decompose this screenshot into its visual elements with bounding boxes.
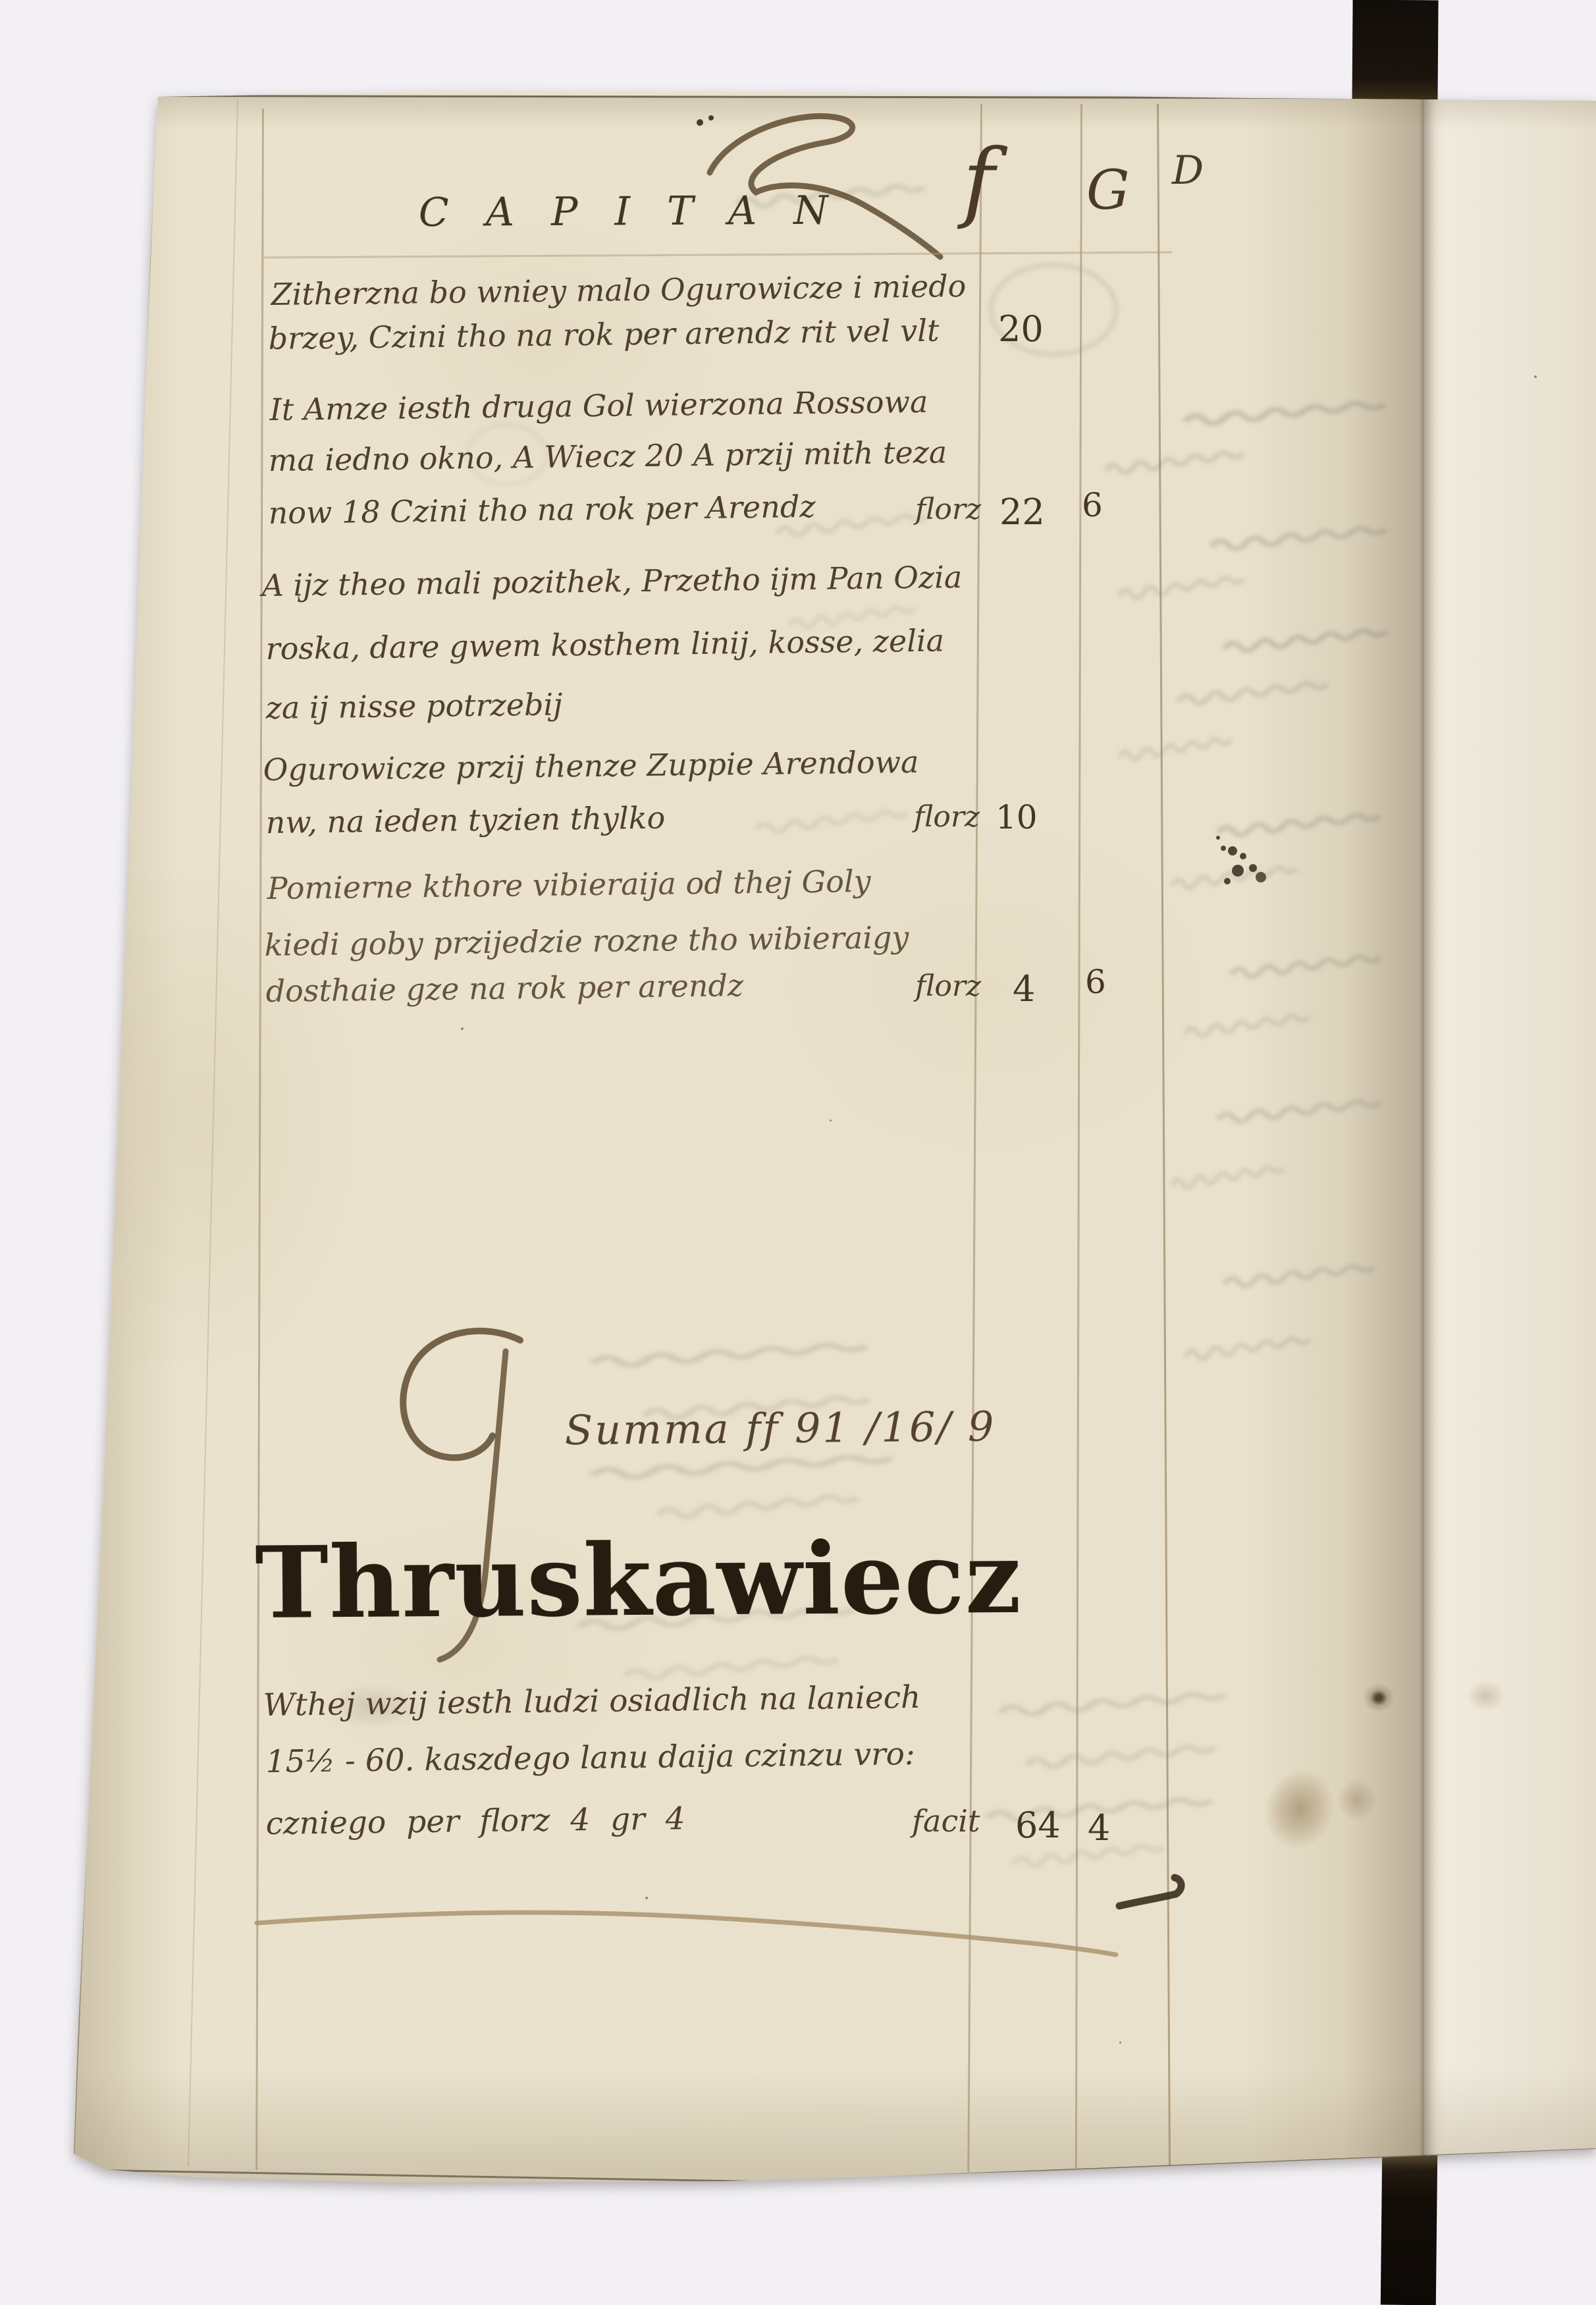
entry-value-florins: 22: [999, 491, 1045, 533]
manuscript-page: CAPITAN f G D Zitherzna bo wniey malo Og…: [0, 0, 1596, 2305]
section-heading: Thruskawiecz: [255, 1520, 1023, 1641]
closing-rule: [257, 1912, 1116, 1955]
summa-total: Summa ff 91 /16/ 9: [564, 1402, 996, 1454]
column-header-d: D: [1172, 148, 1204, 194]
currency-label: florz: [914, 800, 980, 834]
scan-stage: CAPITAN f G D Zitherzna bo wniey malo Og…: [0, 0, 1596, 2305]
entry-line: Pomierne kthore vibieraija od thej Goly: [267, 863, 871, 906]
entry-value-grossi: 6: [1085, 963, 1106, 1001]
entry-value-grossi: 4: [1088, 1807, 1110, 1849]
currency-label: florz: [915, 493, 981, 526]
entry-line: za ij nisse potrzebij: [265, 686, 562, 726]
total-underline-dash: [1119, 1878, 1181, 1906]
faint-stain-next-leaf: [1467, 1681, 1505, 1711]
entry-value-florins: 4: [1013, 968, 1035, 1010]
page-wrap: CAPITAN f G D Zitherzna bo wniey malo Og…: [0, 0, 1596, 2305]
entry-line: now 18 Czini tho na rok per Arendz: [268, 489, 815, 531]
entry-line: czniego per florz 4 gr 4: [265, 1801, 685, 1842]
speck: [830, 1120, 832, 1122]
entry-line: nw, na ieden tyzien thylko: [265, 800, 665, 840]
speck: [461, 1027, 464, 1030]
entry-value-florins: 20: [998, 308, 1044, 350]
entry-value-florins: 10: [996, 798, 1038, 836]
brown-stain-small: [1337, 1778, 1377, 1822]
entry-line: dosthaie gze na rok per arendz: [265, 967, 743, 1009]
page-title: CAPITAN: [419, 187, 865, 236]
dark-spot: [1363, 1683, 1395, 1712]
speck: [1534, 375, 1537, 378]
currency-label: facit: [912, 1803, 980, 1839]
column-header-f: f: [963, 130, 995, 232]
currency-label: florz: [915, 969, 981, 1003]
speck: [1119, 2042, 1121, 2044]
entry-value-florins: 64: [1015, 1804, 1061, 1846]
entry-value-grossi: 6: [1082, 486, 1103, 524]
header-underrule: [265, 252, 1171, 258]
speck: [645, 1897, 648, 1899]
column-header-g: G: [1086, 159, 1130, 222]
